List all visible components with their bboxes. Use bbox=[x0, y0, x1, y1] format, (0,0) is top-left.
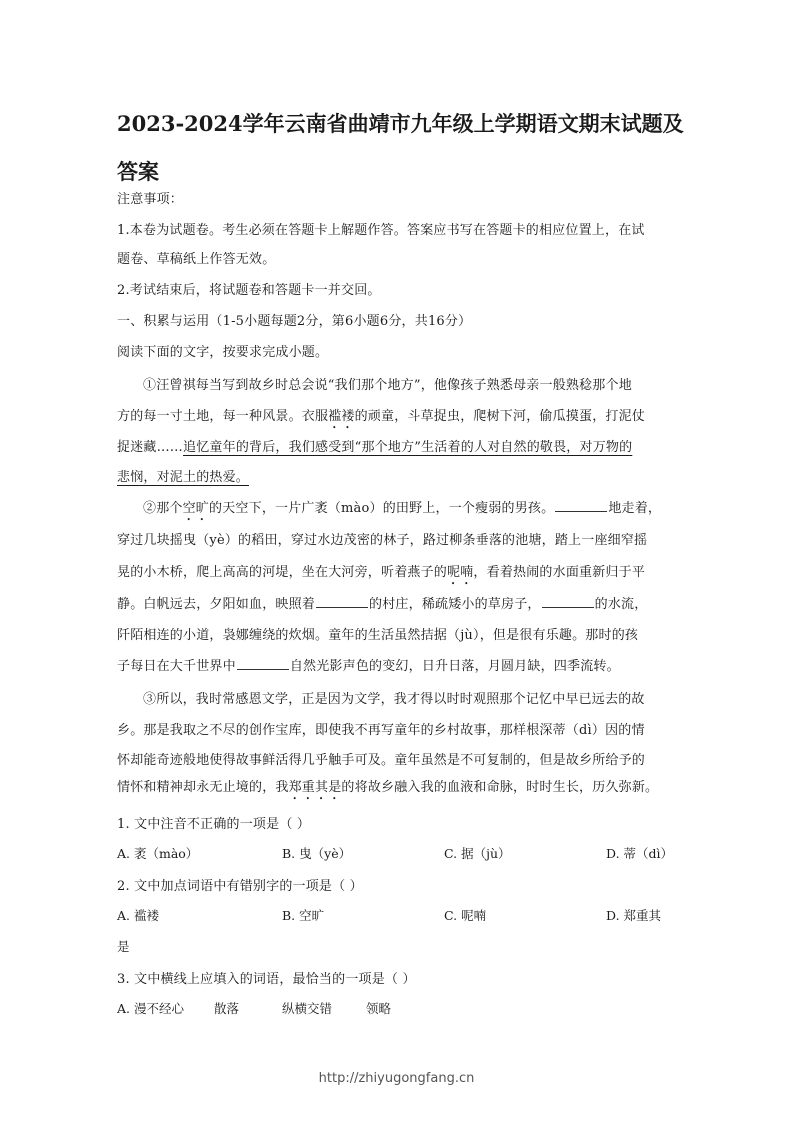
question-1-option-b: B. 曳（yè） bbox=[282, 844, 351, 862]
title-line-1: 2023-2024学年云南省曲靖市九年级上学期语文期末试题及 bbox=[117, 100, 687, 148]
question-2-option-b: B. 空旷 bbox=[282, 906, 324, 924]
text: 自然光影声色的变幻，日升日落，月圆月缺，四季流转。 bbox=[290, 659, 620, 674]
question-3-option-a-word3: 纵横交错 bbox=[282, 999, 332, 1017]
question-1-option-a: A. 袤（mào） bbox=[117, 844, 198, 862]
notes-item-1: 1.本卷为试题卷。考生必须在答题卡上解题作答。答案应书写在答题卡的相应位置上，在… bbox=[117, 219, 682, 238]
passage-p3-line4: 情怀和精神却永无止境的，我郑重其是的将故乡融入我的血液和命脉，时时生长，历久弥新… bbox=[117, 776, 682, 803]
text: 方的每一寸土地，每一种风景。衣服 bbox=[117, 409, 328, 424]
passage-p3-line3: 怀却能奇迹般地使得故事鲜活得几乎触手可及。童年虽然是不可复制的，但是故乡所给予的 bbox=[117, 749, 682, 768]
question-3-option-a-word2: 散落 bbox=[214, 999, 239, 1017]
passage-p2-line3: 晃的小木桥，爬上高高的河堤，坐在大河旁，听着燕子的呢喃，看着热闹的水面重新归于平 bbox=[117, 561, 682, 588]
dotted-word: 郑重其是 bbox=[289, 780, 342, 795]
fill-blank-3 bbox=[542, 595, 594, 608]
passage-p2-line1: ②那个空旷的天空下，一片广袤（mào）的田野上，一个瘦弱的男孩。地走着， bbox=[143, 497, 708, 524]
section-heading: 一、积累与运用（1-5小题每题2分，第6小题6分，共16分） bbox=[117, 310, 682, 329]
question-1-option-d: D. 蒂（dì） bbox=[606, 844, 673, 862]
text: 地走着， bbox=[608, 501, 661, 516]
passage-p1-line3: 捉迷藏……追忆童年的背后，我们感受到“那个地方”生活着的人对自然的敬畏，对万物的 bbox=[117, 436, 682, 455]
passage-p1-line1: ①汪曾祺每当写到故乡时总会说“我们那个地方”，他像孩子熟悉母亲一般熟稔那个地 bbox=[143, 374, 708, 393]
passage-p3-line1: ③所以，我时常感恩文学，正是因为文学，我才得以时时观照那个记忆中早已远去的故 bbox=[143, 688, 708, 707]
passage-p1-line2: 方的每一寸土地，每一种风景。衣服褴褛的顽童，斗草捉虫，爬树下河，偷瓜摸蛋，打泥仗 bbox=[117, 405, 682, 432]
passage-p2-line2: 穿过几块摇曳（yè）的稻田，穿过水边茂密的林子，路过柳条垂落的池塘，踏上一座细窄… bbox=[117, 529, 682, 548]
passage-p2-line5: 阡陌相连的小道，袅娜缠绕的炊烟。童年的生活虽然拮据（jù），但是很有乐趣。那时的… bbox=[117, 624, 682, 643]
reading-instruction: 阅读下面的文字，按要求完成小题。 bbox=[117, 341, 682, 360]
dotted-word: 空旷 bbox=[183, 501, 209, 516]
question-2-stem: 2. 文中加点词语中有错别字的一项是（ ） bbox=[117, 875, 682, 894]
notes-item-2: 2.考试结束后，将试题卷和答题卡一并交回。 bbox=[117, 279, 682, 298]
text: 晃的小木桥，爬上高高的河堤，坐在大河旁，听着燕子的 bbox=[117, 565, 447, 580]
passage-p3-line2: 乡。那是我取之不尽的创作宝库，即使我不再写童年的乡村故事，那样根深蒂（dì）因的… bbox=[117, 719, 682, 738]
question-3-option-a-word1: A. 漫不经心 bbox=[117, 999, 184, 1017]
document-title: 2023-2024学年云南省曲靖市九年级上学期语文期末试题及 答案 bbox=[117, 100, 687, 196]
passage-p2-line4: 静。白帆远去，夕阳如血，映照着的村庄，稀疏矮小的草房子，的水流， bbox=[117, 593, 682, 612]
question-2-option-c: C. 呢喃 bbox=[444, 906, 486, 924]
question-1-option-c: C. 据（jù） bbox=[444, 844, 511, 862]
notes-heading: 注意事项： bbox=[117, 188, 682, 207]
text: 的村庄，稀疏矮小的草房子， bbox=[369, 597, 541, 612]
text: 的将故乡融入我的血液和命脉，时时生长，历久弥新。 bbox=[341, 780, 658, 795]
text: 的顽童，斗草捉虫，爬树下河，偷瓜摸蛋，打泥仗 bbox=[355, 409, 645, 424]
question-2-option-d-wrap: 是 bbox=[117, 937, 130, 955]
text: 子每日在大千世界中 bbox=[117, 659, 236, 674]
underlined-sentence: 追忆童年的背后，我们感受到“那个地方”生活着的人对自然的敬畏，对万物的 bbox=[183, 440, 632, 455]
text: 静。白帆远去，夕阳如血，映照着 bbox=[117, 597, 315, 612]
text: 捉迷藏…… bbox=[117, 440, 183, 455]
dotted-word: 褴褛 bbox=[328, 409, 354, 424]
fill-blank-2 bbox=[316, 595, 368, 608]
question-3-option-a-word4: 领略 bbox=[366, 999, 391, 1017]
text: 情怀和精神却永无止境的，我 bbox=[117, 780, 289, 795]
question-1-stem: 1. 文中注音不正确的一项是（ ） bbox=[117, 813, 682, 832]
question-2-option-d: D. 郑重其 bbox=[606, 906, 661, 924]
dotted-word: 呢喃 bbox=[447, 565, 473, 580]
text: 的天空下，一片广袤（mào）的田野上，一个瘦弱的男孩。 bbox=[209, 501, 554, 516]
question-2-option-a: A. 褴褛 bbox=[117, 906, 159, 924]
passage-p2-line6: 子每日在大千世界中自然光影声色的变幻，日升日落，月圆月缺，四季流转。 bbox=[117, 655, 682, 674]
passage-p1-line4: 悲悯，对泥土的热爱。 bbox=[117, 466, 682, 485]
footer-url[interactable]: http://zhiyugongfang.cn bbox=[0, 1071, 793, 1086]
text: 的水流， bbox=[595, 597, 648, 612]
fill-blank-4 bbox=[237, 657, 289, 670]
question-3-stem: 3. 文中横线上应填入的词语，最恰当的一项是（ ） bbox=[117, 968, 682, 987]
underlined-sentence: 悲悯，对泥土的热爱。 bbox=[117, 470, 249, 485]
text: ，看着热闹的水面重新归于平 bbox=[473, 565, 645, 580]
notes-item-1-cont: 题卷、草稿纸上作答无效。 bbox=[117, 248, 682, 267]
fill-blank-1 bbox=[555, 499, 607, 512]
text: ②那个 bbox=[143, 501, 183, 516]
